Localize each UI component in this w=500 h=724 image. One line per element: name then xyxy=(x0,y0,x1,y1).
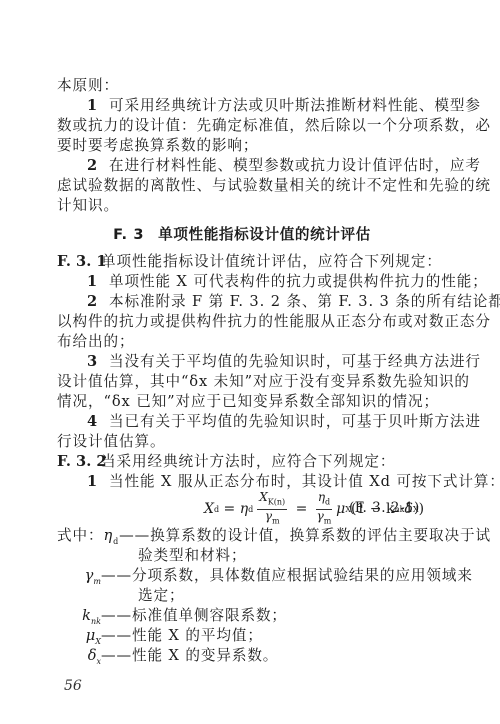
clause-f32: F. 3. 2当采用经典统计方法时，应符合下列规定： xyxy=(57,452,427,472)
intro-item-2-line: 计知识。 xyxy=(57,196,427,216)
definition-delta: δx——性能 X 的变异系数。 xyxy=(57,646,427,666)
formula-f32-1: Xd = ηd XK(n)γm = ηdγm μX (1 − knkδX) (F… xyxy=(57,492,427,526)
intro-lead: 本原则： xyxy=(57,76,427,96)
intro-item-1-line: 要时要考虑换算系数的影响； xyxy=(57,136,427,156)
intro-item-1-line: 数或抗力的设计值：先确定标准值，然后除以一个分项系数，必 xyxy=(57,116,427,136)
symbol-definitions: 式中：ηd——换算系数的设计值，换算系数的评估主要取决于试 验类型和材料； γm… xyxy=(57,526,427,666)
document-page: 本原则： 1可采用经典统计方法或贝叶斯法推断材料性能、模型参 数或抗力的设计值：… xyxy=(57,76,427,666)
f31-item-1: 1单项性能 X 可代表构件的抗力或提供构件抗力的性能； xyxy=(57,272,427,292)
definition-gamma-cont: 选定； xyxy=(57,586,427,606)
intro-item-1: 1可采用经典统计方法或贝叶斯法推断材料性能、模型参 xyxy=(57,96,427,116)
formula-number: (F. 3. 2-1) xyxy=(349,500,420,516)
f31-item-2-line: 以构件的抗力或提供构件抗力的性能服从正态分布或对数正态分 xyxy=(57,312,427,332)
definition-gamma: γm——分项系数，具体数值应根据试验结果的应用领域来 xyxy=(57,566,427,586)
f32-item-1: 1当性能 X 服从正态分布时，其设计值 Xd 可按下式计算： xyxy=(57,472,427,492)
clause-f31: F. 3. 1单项性能指标设计值统计评估，应符合下列规定： xyxy=(57,252,427,272)
intro-item-2-line: 虑试验数据的离散性、与试验数量相关的统计不定性和先验的统 xyxy=(57,176,427,196)
fraction: ηdγm xyxy=(316,491,332,527)
page-number: 56 xyxy=(64,678,82,694)
f31-item-3-line: 情况，“δx 已知”对应于已知变异系数全部知识的情况； xyxy=(57,392,427,412)
definition-k: knk——标准值单侧容限系数； xyxy=(57,606,427,626)
f31-item-4-line: 行设计值估算。 xyxy=(57,432,427,452)
f31-item-3-line: 设计值估算，其中“δx 未知”对应于没有变异系数先验知识的 xyxy=(57,372,427,392)
f31-item-4: 4当已有关于平均值的先验知识时，可基于贝叶斯方法进 xyxy=(57,412,427,432)
definition-eta-cont: 验类型和材料； xyxy=(57,546,427,566)
section-heading: F. 3单项性能指标设计值的统计评估 xyxy=(57,225,427,245)
intro-item-2: 2在进行材料性能、模型参数或抗力设计值评估时，应考 xyxy=(57,156,427,176)
f31-item-2: 2本标准附录 F 第 F. 3. 2 条、第 F. 3. 3 条的所有结论都是 xyxy=(57,292,427,312)
fraction: XK(n)γm xyxy=(257,491,287,527)
f31-item-3: 3当没有关于平均值的先验知识时，可基于经典方法进行 xyxy=(57,352,427,372)
definition-mu: μX——性能 X 的平均值； xyxy=(57,626,427,646)
f31-item-2-line: 布给出的； xyxy=(57,332,427,352)
definition-eta: 式中：ηd——换算系数的设计值，换算系数的评估主要取决于试 xyxy=(57,526,427,546)
